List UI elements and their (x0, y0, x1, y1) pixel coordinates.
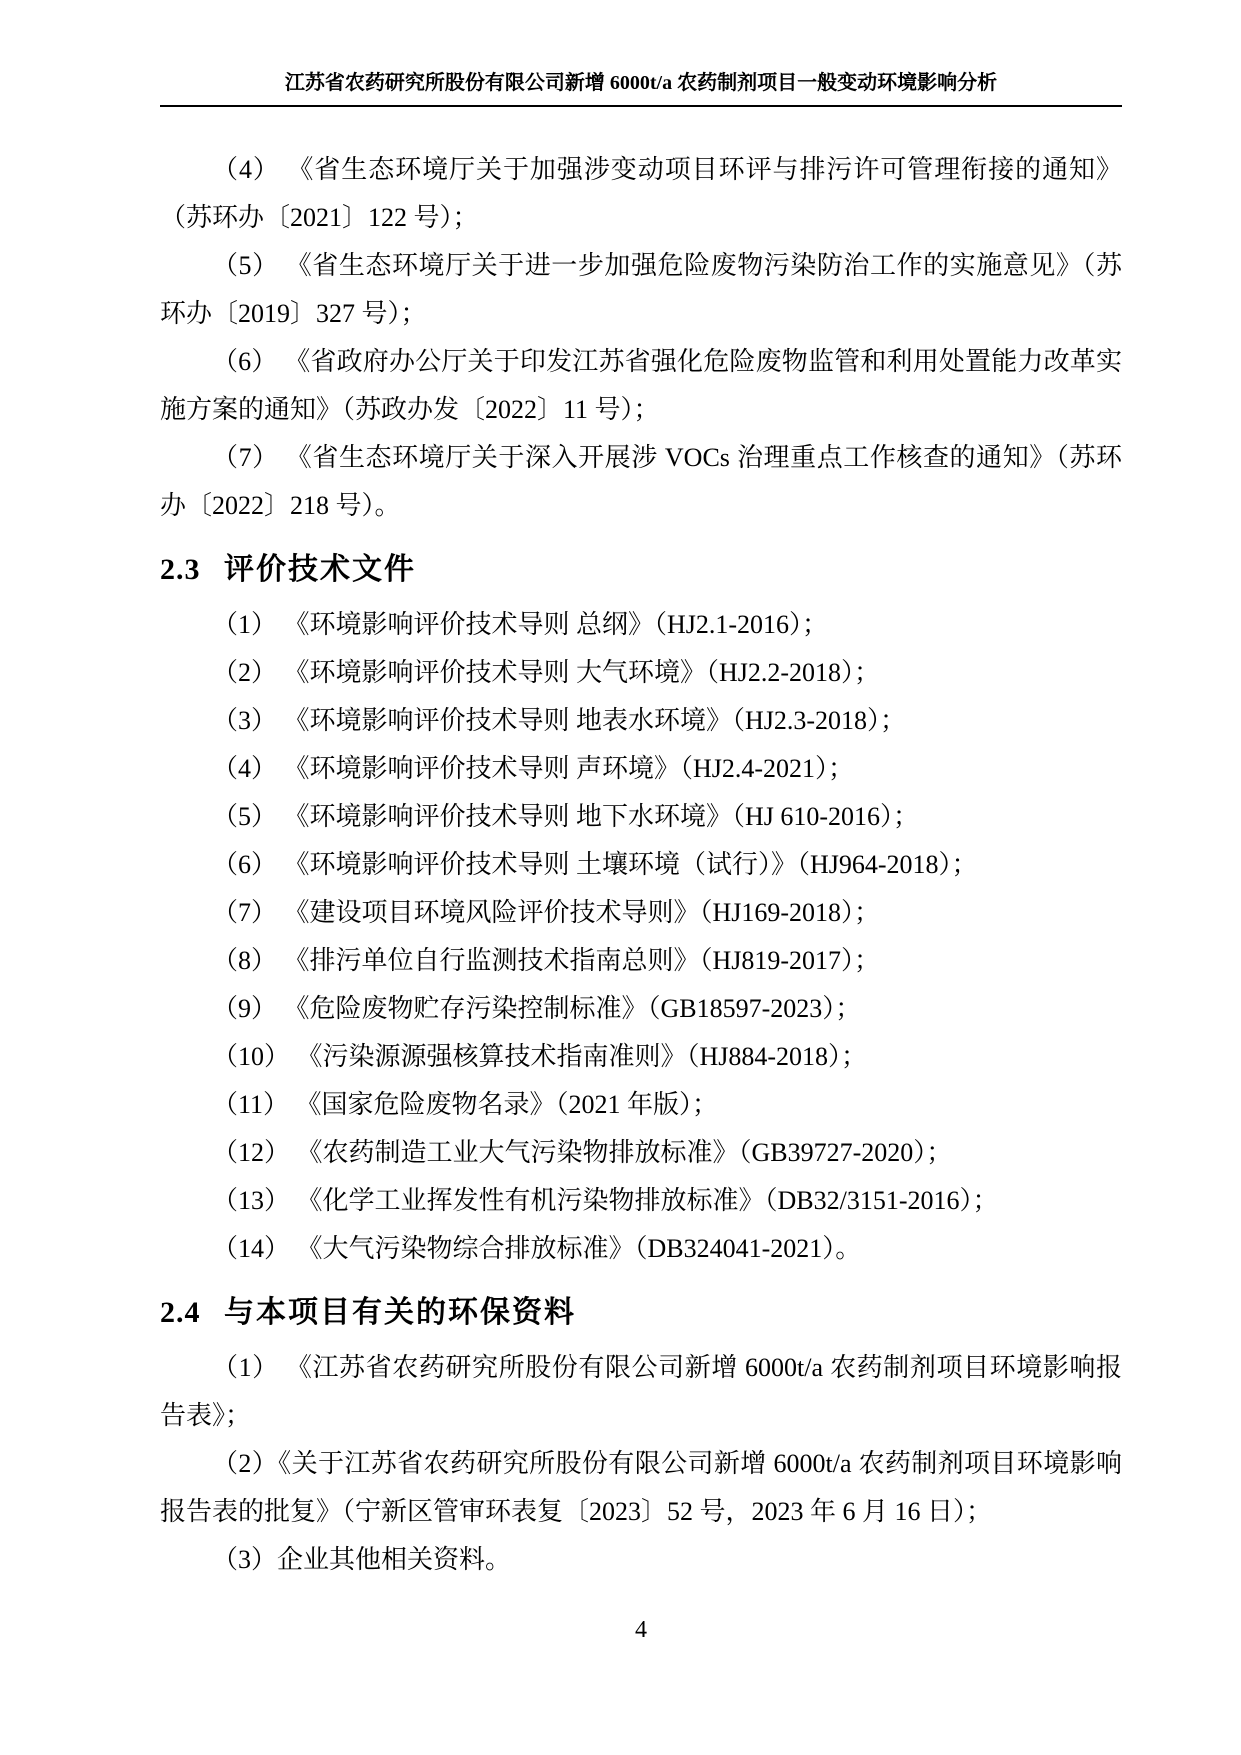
tech-doc-item-14: （14） 《大气污染物综合排放标准》（DB324041-2021）。 (160, 1225, 1122, 1273)
section-number: 2.3 (160, 553, 201, 586)
tech-doc-item-13: （13） 《化学工业挥发性有机污染物排放标准》（DB32/3151-2016）； (160, 1177, 1122, 1225)
section-title: 评价技术文件 (224, 553, 416, 586)
header-title: 江苏省农药研究所股份有限公司新增 6000t/a 农药制剂项目一般变动环境影响分… (285, 72, 997, 94)
document-body: （4） 《省生态环境厅关于加强涉变动项目环评与排污许可管理衔接的通知》（苏环办〔… (160, 146, 1122, 1584)
tech-doc-item-12: （12） 《农药制造工业大气污染物排放标准》（GB39727-2020）； (160, 1129, 1122, 1177)
section-heading-2-3: 2.3 评价技术文件 (160, 544, 1122, 596)
tech-doc-item-3: （3） 《环境影响评价技术导则 地表水环境》（HJ2.3-2018）； (160, 697, 1122, 745)
tech-doc-item-10: （10） 《污染源源强核算技术指南准则》（HJ884-2018）； (160, 1033, 1122, 1081)
tech-doc-item-9: （9） 《危险废物贮存污染控制标准》（GB18597-2023）； (160, 985, 1122, 1033)
tech-doc-item-11: （11） 《国家危险废物名录》（2021 年版）； (160, 1081, 1122, 1129)
project-doc-item-3: （3）企业其他相关资料。 (160, 1536, 1122, 1584)
tech-doc-item-7: （7） 《建设项目环境风险评价技术导则》（HJ169-2018）； (160, 889, 1122, 937)
tech-doc-item-4: （4） 《环境影响评价技术导则 声环境》（HJ2.4-2021）； (160, 745, 1122, 793)
tech-doc-item-2: （2） 《环境影响评价技术导则 大气环境》（HJ2.2-2018）； (160, 649, 1122, 697)
tech-doc-item-8: （8） 《排污单位自行监测技术指南总则》（HJ819-2017）； (160, 937, 1122, 985)
reference-item-7: （7） 《省生态环境厅关于深入开展涉 VOCs 治理重点工作核查的通知》（苏环办… (160, 434, 1122, 530)
reference-item-4: （4） 《省生态环境厅关于加强涉变动项目环评与排污许可管理衔接的通知》（苏环办〔… (160, 146, 1122, 242)
project-doc-item-1: （1） 《江苏省农药研究所股份有限公司新增 6000t/a 农药制剂项目环境影响… (160, 1344, 1122, 1440)
reference-item-5: （5） 《省生态环境厅关于进一步加强危险废物污染防治工作的实施意见》（苏环办〔2… (160, 242, 1122, 338)
page-number: 4 (160, 1606, 1122, 1654)
reference-item-6: （6） 《省政府办公厅关于印发江苏省强化危险废物监管和利用处置能力改革实施方案的… (160, 338, 1122, 434)
project-doc-item-2: （2）《关于江苏省农药研究所股份有限公司新增 6000t/a 农药制剂项目环境影… (160, 1440, 1122, 1536)
document-page: 江苏省农药研究所股份有限公司新增 6000t/a 农药制剂项目一般变动环境影响分… (0, 0, 1241, 1755)
section-title: 与本项目有关的环保资料 (224, 1296, 576, 1329)
section-number: 2.4 (160, 1296, 201, 1329)
tech-doc-item-1: （1） 《环境影响评价技术导则 总纲》（HJ2.1-2016）； (160, 601, 1122, 649)
page-header: 江苏省农药研究所股份有限公司新增 6000t/a 农药制剂项目一般变动环境影响分… (160, 70, 1122, 107)
tech-doc-item-6: （6） 《环境影响评价技术导则 土壤环境（试行）》（HJ964-2018）； (160, 841, 1122, 889)
section-heading-2-4: 2.4 与本项目有关的环保资料 (160, 1287, 1122, 1339)
tech-doc-item-5: （5） 《环境影响评价技术导则 地下水环境》（HJ 610-2016）； (160, 793, 1122, 841)
